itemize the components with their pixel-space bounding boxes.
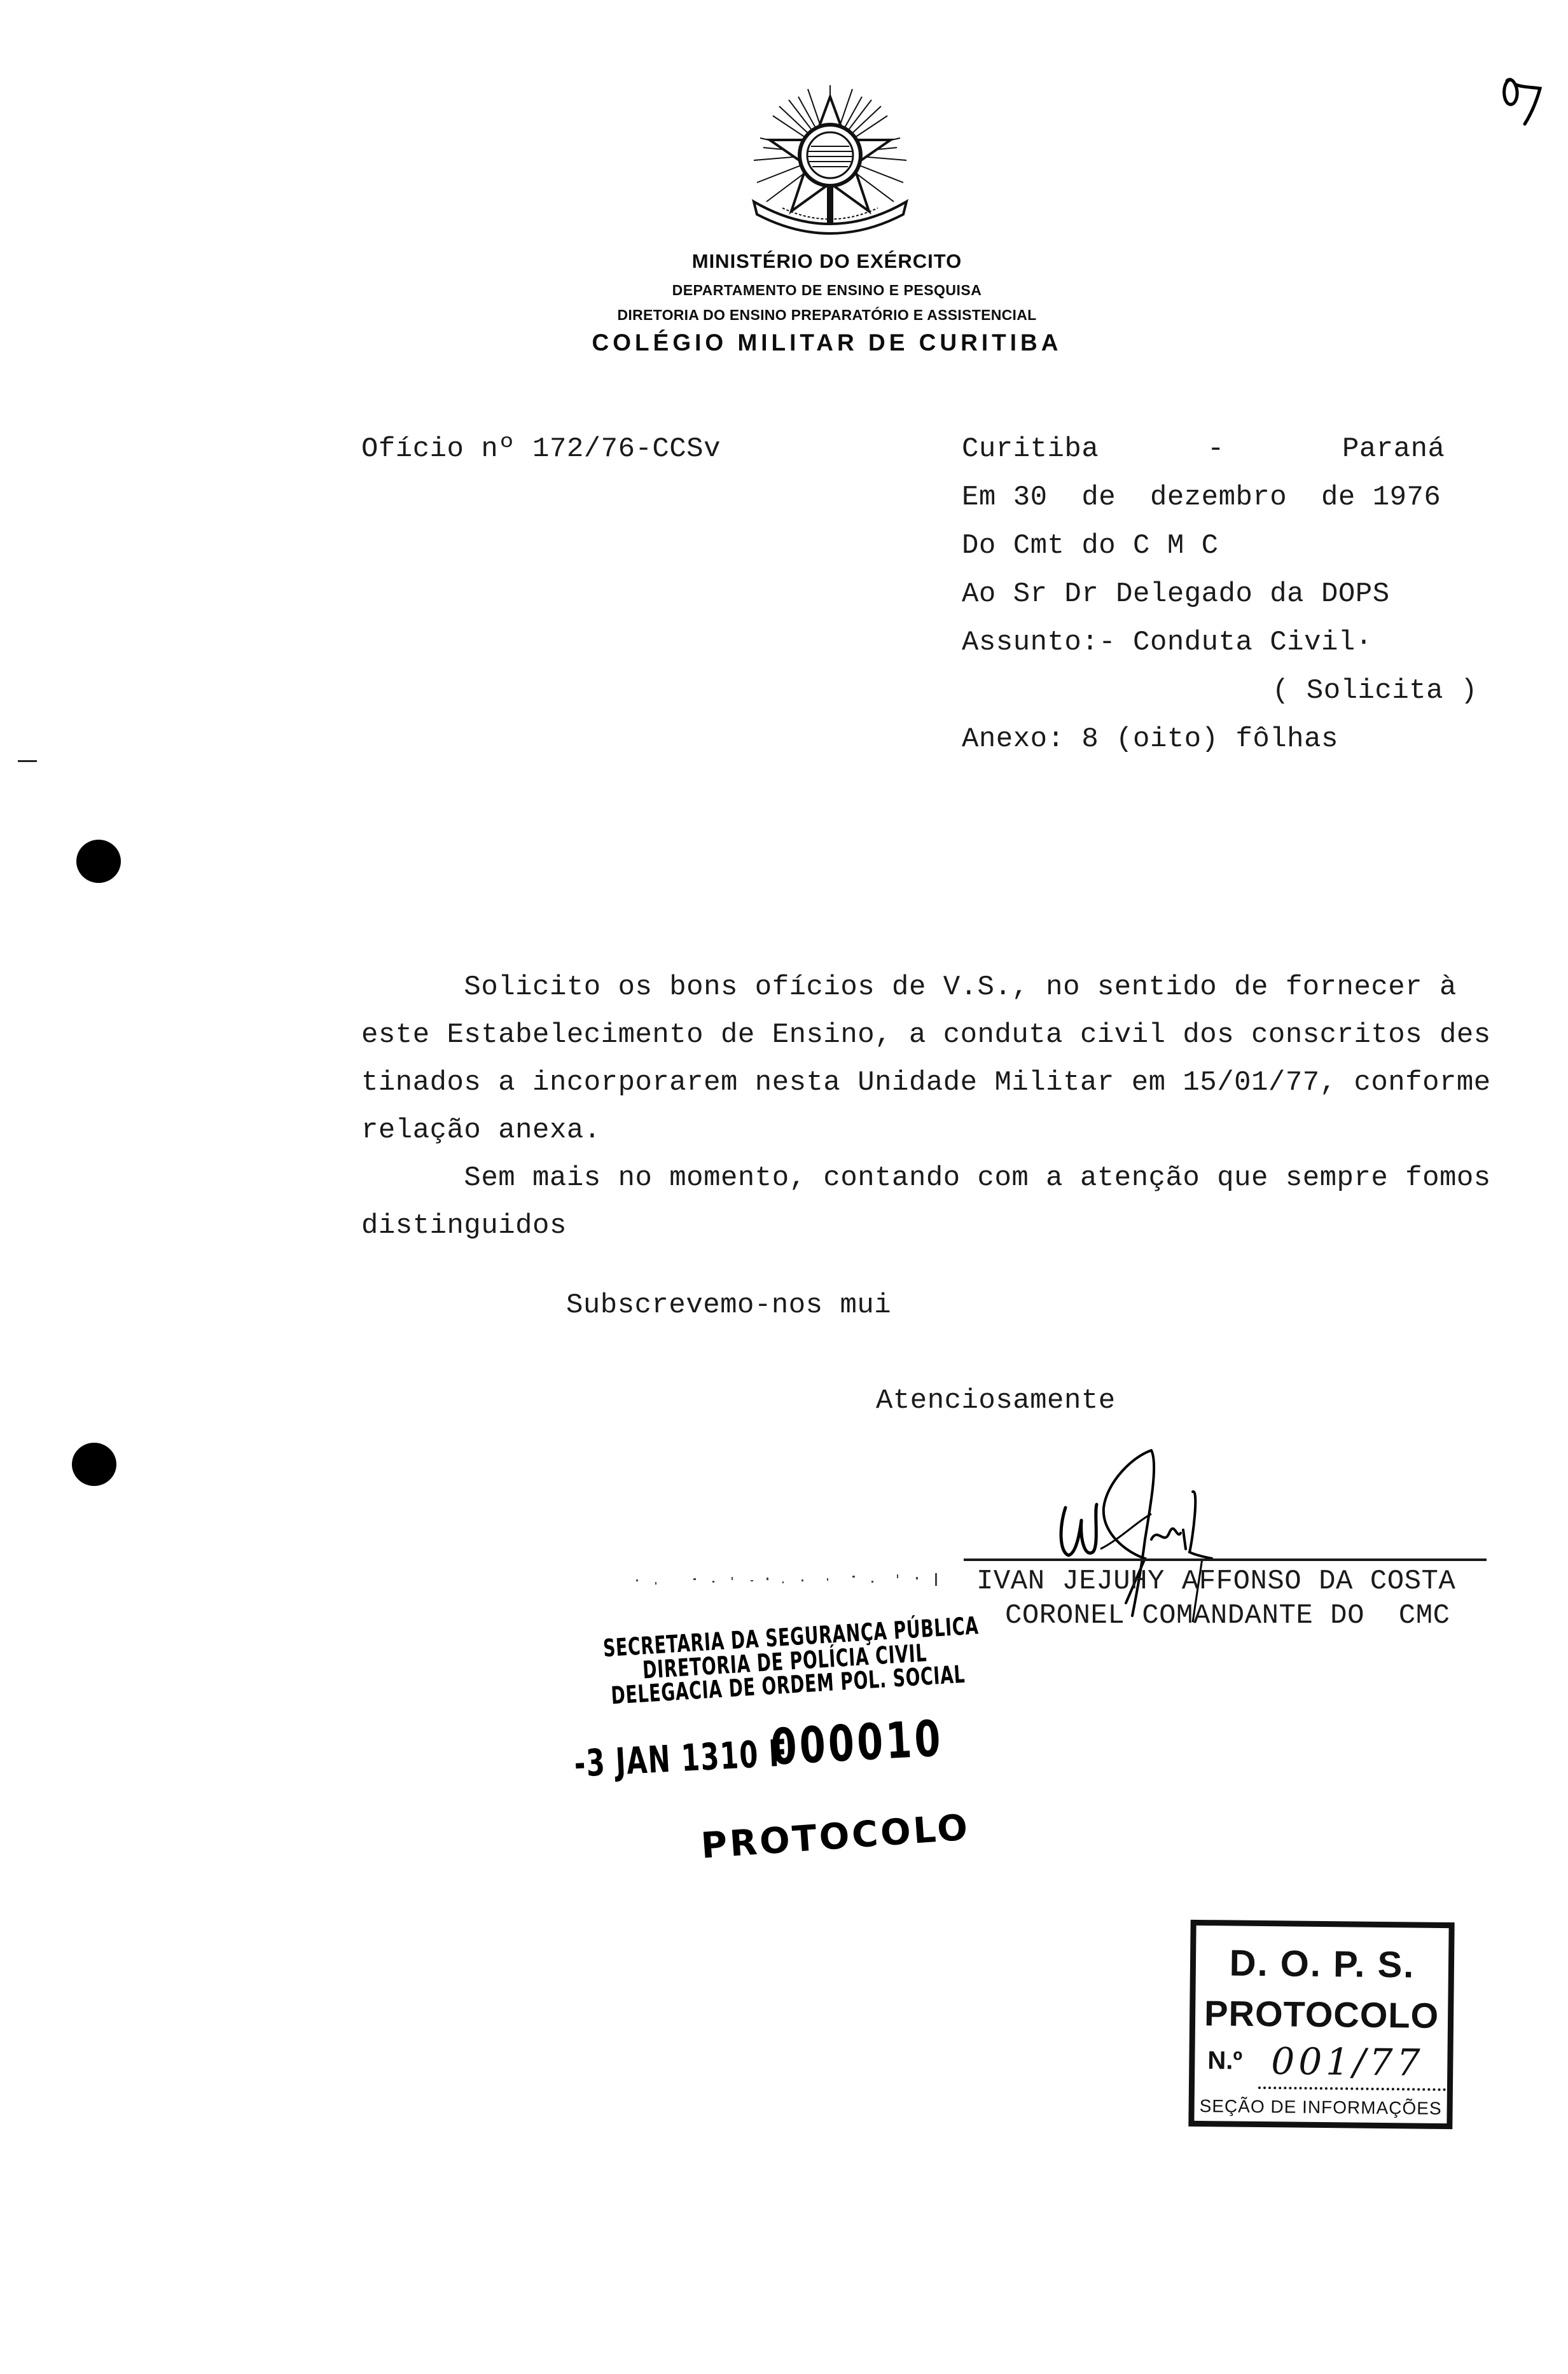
dops-section: SEÇÃO DE INFORMAÇÕES [1194, 2096, 1447, 2119]
from-line: Do Cmt do C M C [962, 532, 1219, 560]
protocol-stamp-label: PROTOCOLO [700, 1807, 971, 1866]
body-line: distinguidos [361, 1212, 567, 1240]
subject-note: ( Solicita ) [1272, 677, 1478, 705]
body-line: Sem mais no momento, contando com a aten… [361, 1164, 1491, 1192]
letterhead-directorate: DIRETORIA DO ENSINO PREPARATÓRIO E ASSIS… [477, 307, 1177, 324]
dops-number-underline [1258, 2086, 1446, 2091]
location-separator: - [1207, 435, 1225, 463]
to-line: Ao Sr Dr Delegado da DOPS [962, 580, 1390, 608]
dops-number-value: 001/77 [1271, 2039, 1424, 2085]
received-number: 000010 [770, 1711, 945, 1777]
punch-hole [72, 1443, 116, 1486]
closing-phrase: Subscrevemo-nos mui [566, 1291, 891, 1319]
signature-line [964, 1558, 1487, 1561]
body-line: relação anexa. [361, 1116, 601, 1144]
dops-number-label: N.º [1207, 2046, 1242, 2076]
received-date: -3 JAN 1310 F [573, 1731, 789, 1786]
closing-salutation: Atenciosamente [876, 1387, 1116, 1415]
letterhead-department: DEPARTAMENTO DE ENSINO E PESQUISA [477, 282, 1177, 299]
body-line: tinados a incorporarem nesta Unidade Mil… [361, 1069, 1491, 1097]
office-reference: Ofício nº 172/76-CCSv [361, 435, 721, 463]
subject-line: Assunto:- Conduta Civil· [962, 628, 1373, 656]
letterhead-institution: COLÉGIO MILITAR DE CURITIBA [477, 330, 1177, 356]
document-page: MINISTÉRIO DO EXÉRCITO DEPARTAMENTO DE E… [0, 0, 1568, 2374]
dops-title: D. O. P. S. [1196, 1941, 1449, 1987]
signatory-title: CORONEL COMANDANTE DO CMC [1005, 1602, 1450, 1630]
body-line: Solicito os bons ofícios de V.S., no sen… [361, 973, 1457, 1001]
letterhead-ministry: MINISTÉRIO DO EXÉRCITO [477, 250, 1177, 273]
location-state: Paraná [1342, 435, 1445, 463]
margin-mark [18, 760, 37, 762]
signatory-name: IVAN JEJUHY AFFONSO DA COSTA [976, 1567, 1455, 1595]
dops-subtitle: PROTOCOLO [1195, 1992, 1448, 2036]
punch-hole [76, 840, 121, 883]
annex-line: Anexo: 8 (oito) fôlhas [962, 725, 1338, 753]
date-line: Em 30 de dezembro de 1976 [962, 483, 1441, 511]
body-line: este Estabelecimento de Ensino, a condut… [361, 1021, 1491, 1049]
dops-protocol-stamp: D. O. P. S. PROTOCOLO N.º 001/77 SEÇÃO D… [1188, 1920, 1454, 2129]
location-city: Curitiba [962, 435, 1099, 463]
stamp-smudge [598, 1568, 954, 1593]
brazil-coat-of-arms-icon [744, 84, 916, 243]
handwritten-page-number [1498, 73, 1549, 137]
